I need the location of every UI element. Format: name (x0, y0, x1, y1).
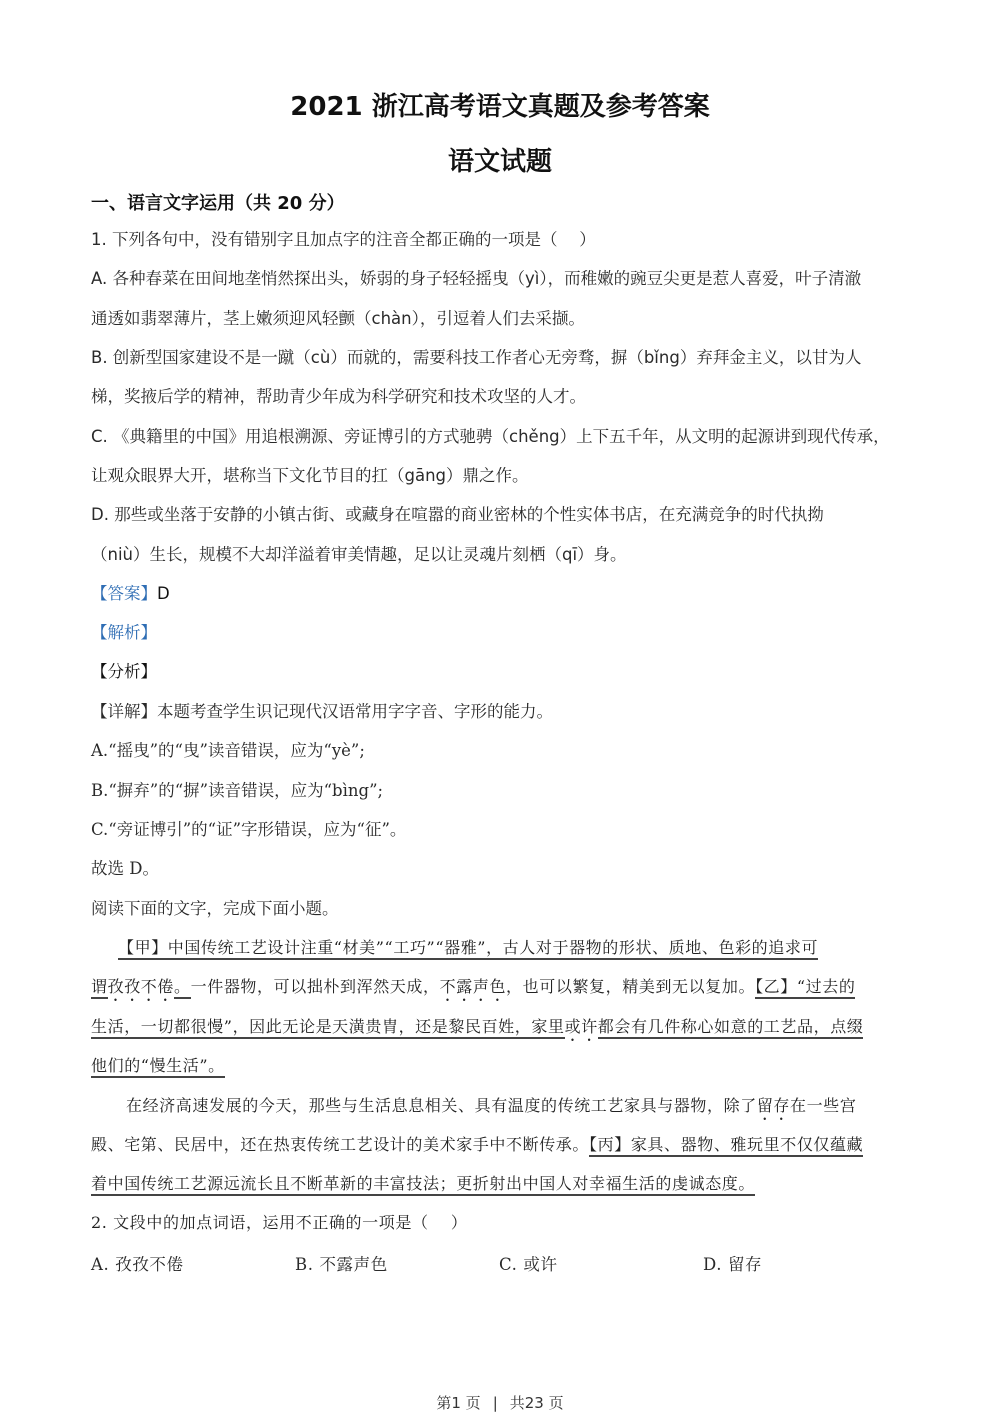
plain-text: 一件器物，可以拙朴到浑然天成， (191, 977, 440, 996)
underlined-text: 【丙】家具、器物、雅玩里不仅仅蕴藏 (589, 1135, 863, 1157)
section-heading: 一、语言文字运用（共 20 分） (91, 189, 345, 215)
explanation-c: C.“旁证博引”的“证”字形错误，应为“征”。 (91, 819, 406, 841)
plain-text: ，也可以繁复，精美到无以复加。 (506, 977, 755, 996)
detail-label: 【详解】 (91, 702, 157, 721)
option-letter: C. (499, 1255, 517, 1274)
q2-option-b: B. 不露声色 (295, 1251, 388, 1275)
answer-value: D (157, 584, 170, 603)
total-pages: 共23 页 (510, 1394, 564, 1412)
option-letter: A. (91, 1255, 109, 1274)
q2-option-c: C. 或许 (499, 1251, 558, 1275)
question1-stem: 1. 下列各句中，没有错别字且加点字的注音全都正确的一项是（ ） (91, 229, 596, 251)
q1-option-b-line2: 梯，奖掖后学的精神，帮助青少年成为科学研究和技术攻坚的人才。 (91, 386, 586, 408)
document-subtitle: 语文试题 (0, 141, 1000, 178)
option-letter: B. (295, 1255, 314, 1274)
question2-options: A. 孜孜不倦 B. 不露声色 C. 或许 D. 留存 (91, 1251, 911, 1275)
underlined-text: 。 (174, 977, 191, 999)
q1-option-c-line2: 让观众眼界大开，堪称当下文化节目的扛（gāng）鼎之作。 (91, 465, 529, 487)
q1-option-a-line1: A. 各种春菜在田间地垄悄然探出头，娇弱的身子轻轻摇曳（yì），而稚嫩的豌豆尖更… (91, 268, 861, 290)
dotted-word-liucun: 留存 (757, 1096, 790, 1115)
q1-option-a-line2: 通透如翡翠薄片，茎上嫩须迎风轻颤（chàn），引逗着人们去采撷。 (91, 308, 585, 330)
option-letter: D. (703, 1255, 722, 1274)
dotted-word-huoxu: 或许 (565, 1017, 598, 1036)
detail-text: 本题考查学生识记现代汉语常用字字音、字形的能力。 (157, 702, 553, 721)
plain-text: 在一些宫 (790, 1096, 856, 1115)
question2-stem: 2. 文段中的加点词语，运用不正确的一项是（ ） (91, 1212, 467, 1234)
option-text: 不露声色 (319, 1255, 387, 1274)
underlined-text: 生活，一切都很慢”，因此无论是天潢贵胄，还是黎民百姓，家里 (91, 1017, 565, 1039)
underlined-text: 谓 (91, 977, 108, 999)
fenxi-label: 【分析】 (91, 661, 157, 683)
q1-option-b-line1: B. 创新型国家建设不是一蹴（cù）而就的，需要科技工作者心无旁骛，摒（bǐng… (91, 347, 861, 369)
page-separator: | (493, 1394, 498, 1412)
underlined-text: 他们的“慢生活”。 (91, 1056, 225, 1078)
underlined-text: 着中国传统工艺源远流长且不断革新的丰富技法；更折射出中国人对幸福生活的虔诚态度。 (91, 1174, 755, 1196)
reading-instruction: 阅读下面的文字，完成下面小题。 (91, 898, 339, 920)
dotted-word-bulushengse: 不露声色 (440, 977, 506, 996)
option-text: 或许 (523, 1255, 557, 1274)
plain-text: 在经济高速发展的今天，那些与生活息息相关、具有温度的传统工艺家具与器物，除了 (126, 1096, 757, 1115)
underlined-text: 【乙】“过去的 (755, 977, 855, 999)
q1-option-c-line1: C. 《典籍里的中国》用追根溯源、旁证博引的方式驰骋（chěng）上下五千年，从… (91, 426, 890, 448)
underlined-text: 都会有几件称心如意的工艺品，点缀 (598, 1017, 864, 1039)
passage1-line3: 生活，一切都很慢”，因此无论是天潢贵胄，还是黎民百姓，家里或许都会有几件称心如意… (91, 1016, 863, 1045)
q2-option-d: D. 留存 (703, 1251, 762, 1275)
document-page: 2021 浙江高考语文真题及参考答案 语文试题 一、语言文字运用（共 20 分）… (0, 0, 1000, 1414)
passage2-line3: 着中国传统工艺源远流长且不断革新的丰富技法；更折射出中国人对幸福生活的虔诚态度。 (91, 1173, 755, 1195)
passage1-line1-text: 【甲】中国传统工艺设计注重“材美”“工巧”“器雅”，古人对于器物的形状、质地、色… (118, 938, 818, 960)
page-footer: 第1 页|共23 页 (0, 1392, 1000, 1413)
answer-line: 【答案】D (91, 583, 170, 605)
plain-text: 殿、宅第、民居中，还在热衷传统工艺设计的美术家手中不断传承。 (91, 1135, 589, 1154)
option-text: 留存 (728, 1255, 762, 1274)
detail-line: 【详解】本题考查学生识记现代汉语常用字字音、字形的能力。 (91, 701, 553, 723)
conclusion: 故选 D。 (91, 858, 159, 880)
answer-label: 【答案】 (91, 584, 157, 603)
passage2-line2: 殿、宅第、民居中，还在热衷传统工艺设计的美术家手中不断传承。【丙】家具、器物、雅… (91, 1134, 863, 1156)
passage1-line1: 【甲】中国传统工艺设计注重“材美”“工巧”“器雅”，古人对于器物的形状、质地、色… (118, 937, 818, 959)
explanation-b: B.“摒弃”的“摒”读音错误，应为“bìng”; (91, 780, 383, 802)
q1-option-d-line1: D. 那些或坐落于安静的小镇古街、或藏身在喧嚣的商业密林的个性实体书店，在充满竞… (91, 504, 824, 526)
q2-option-a: A. 孜孜不倦 (91, 1251, 184, 1275)
document-title: 2021 浙江高考语文真题及参考答案 (0, 86, 1000, 123)
explanation-a: A.“摇曳”的“曳”读音错误，应为“yè”; (91, 740, 365, 762)
passage1-line4: 他们的“慢生活”。 (91, 1055, 225, 1077)
current-page: 第1 页 (436, 1394, 480, 1412)
passage2-line1: 在经济高速发展的今天，那些与生活息息相关、具有温度的传统工艺家具与器物，除了留存… (126, 1095, 856, 1124)
q1-option-d-line2: （niù）生长，规模不大却洋溢着审美情趣，足以让灵魂片刻栖（qī）身。 (91, 544, 627, 566)
option-text: 孜孜不倦 (115, 1255, 183, 1274)
dotted-word-zizibujuan: 孜孜不倦 (108, 977, 174, 996)
passage1-line2: 谓孜孜不倦。一件器物，可以拙朴到浑然天成，不露声色，也可以繁复，精美到无以复加。… (91, 976, 855, 1005)
analysis-label: 【解析】 (91, 622, 157, 644)
